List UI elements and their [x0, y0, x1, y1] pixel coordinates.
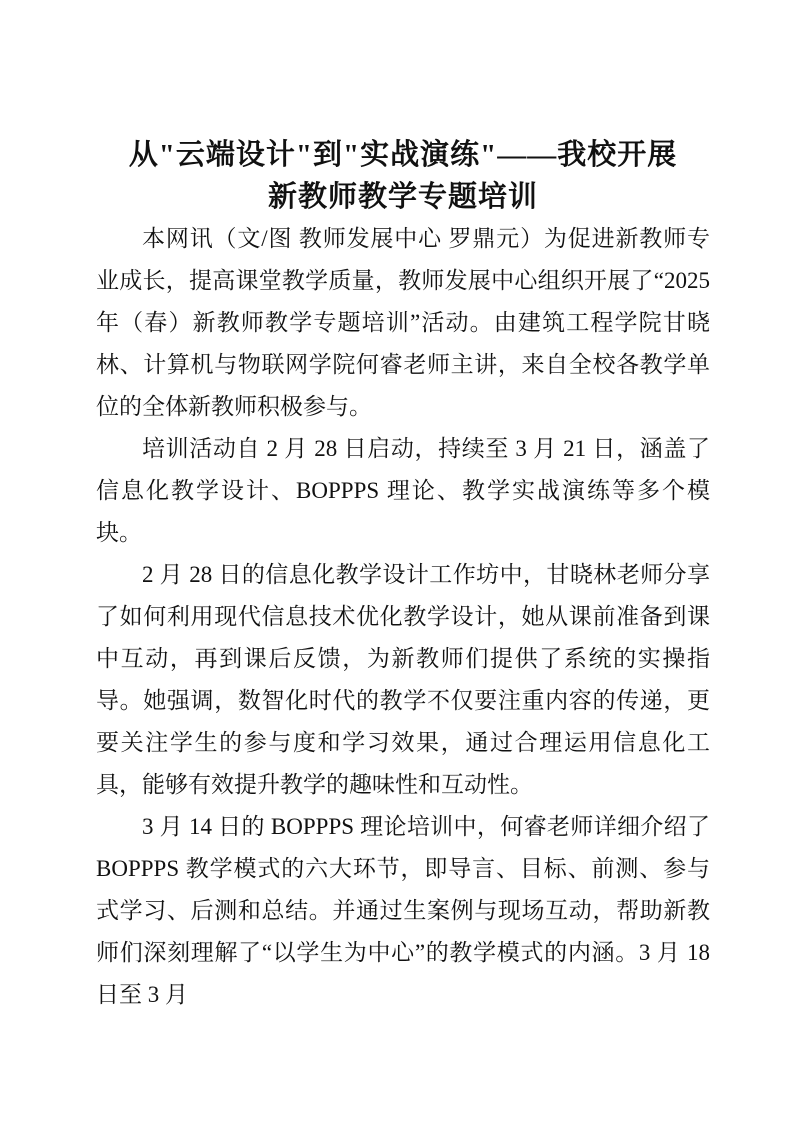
document-page: 从"云端设计"到"实战演练"——我校开展 新教师教学专题培训 本网讯（文/图 教…: [0, 0, 793, 1122]
paragraph-schedule: 培训活动自 2 月 28 日启动，持续至 3 月 21 日，涵盖了信息化教学设计…: [96, 428, 710, 554]
document-title: 从"云端设计"到"实战演练"——我校开展 新教师教学专题培训: [96, 134, 710, 218]
paragraph-boppps-mar14: 3 月 14 日的 BOPPPS 理论培训中，何睿老师详细介绍了 BOPPPS …: [96, 806, 710, 1016]
paragraph-workshop-feb28: 2 月 28 日的信息化教学设计工作坊中，甘晓林老师分享了如何利用现代信息技术优…: [96, 554, 710, 806]
document-title-line-2: 新教师教学专题培训: [96, 176, 710, 218]
document-title-line-1: 从"云端设计"到"实战演练"——我校开展: [96, 134, 710, 176]
paragraph-intro: 本网讯（文/图 教师发展中心 罗鼎元）为促进新教师专业成长，提高课堂教学质量，教…: [96, 218, 710, 428]
document-body: 本网讯（文/图 教师发展中心 罗鼎元）为促进新教师专业成长，提高课堂教学质量，教…: [96, 218, 710, 1016]
